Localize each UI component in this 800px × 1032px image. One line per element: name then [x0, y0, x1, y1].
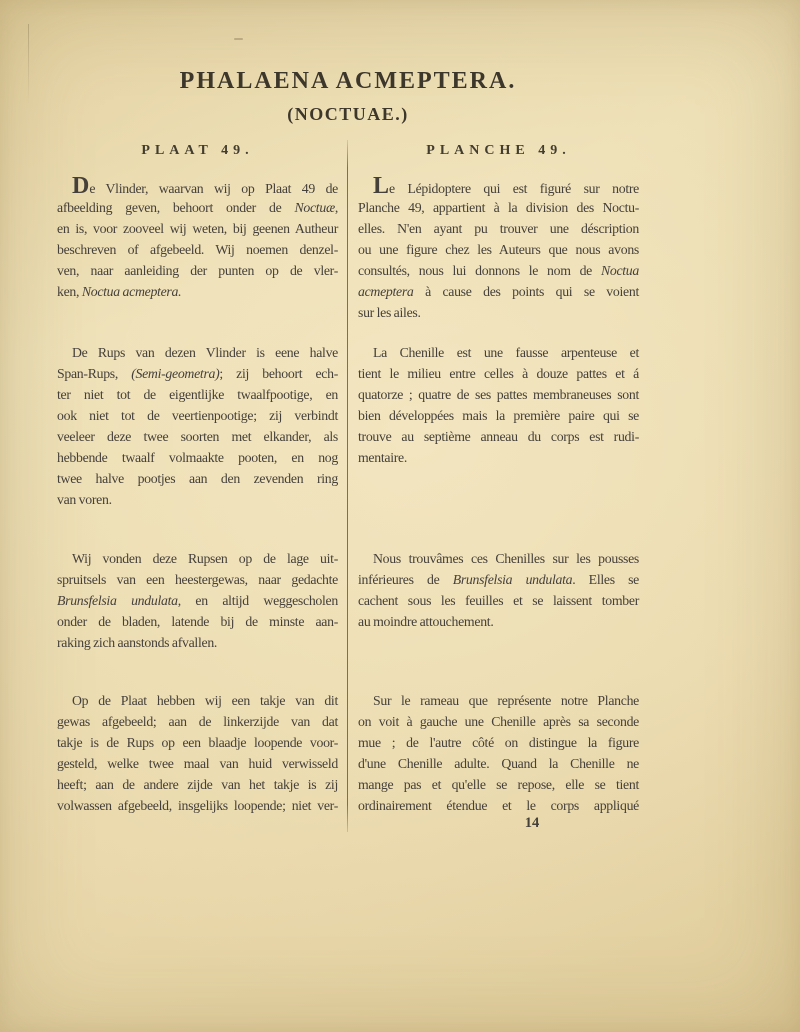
- italic-text: Noctuæ: [294, 200, 334, 215]
- paragraph: La Chenille est une fausse arpenteuse et…: [358, 342, 639, 468]
- text-segment: ordinairement étendue et le corps appliq…: [358, 798, 639, 813]
- text-segment: De Rups van dezen Vlinder is eene halve: [72, 345, 338, 360]
- text-segment: d'une Chenille adulte. Quand la Chenille…: [358, 756, 639, 771]
- text-segment: elles. N'en ayant pu trouver une déscrip…: [358, 221, 639, 236]
- text-segment: consultés, nous lui donnons le nom de: [358, 263, 601, 278]
- italic-text: Brunsfelsia undulata: [57, 593, 178, 608]
- column-divider-rule: [347, 140, 348, 832]
- initial-capital: L: [373, 173, 389, 199]
- text-line: on voit à gauche une Chenille après sa s…: [358, 711, 639, 732]
- paragraph: Wij vonden deze Rupsen op de lage uit-sp…: [57, 548, 338, 653]
- text-segment: au moindre attouchement.: [358, 614, 493, 629]
- page-title: PHALAENA ACMEPTERA.: [57, 68, 639, 95]
- text-line: veeleer deze twee soorten met elkander, …: [57, 426, 338, 447]
- text-segment: mue ; de l'autre côté on distingue la fi…: [358, 735, 639, 750]
- scan-artifact: [28, 24, 29, 104]
- text-segment: afbeelding geven, behoort onder de: [57, 200, 294, 215]
- text-segment: , en altijd weggescholen: [178, 593, 338, 608]
- text-segment: ven, naar aanleiding der punten op de vl…: [57, 263, 338, 278]
- text-line: takje is de Rups op een blaadje loopende…: [57, 732, 338, 753]
- text-line: onder de bladen, latende bij de minste a…: [57, 611, 338, 632]
- right-column-heading: PLANCHE 49.: [358, 143, 639, 159]
- text-segment: van voren.: [57, 492, 112, 507]
- text-segment: trouve au septième anneau du corps est r…: [358, 429, 639, 444]
- paragraph: De Vlinder, waarvan wij op Plaat 49 deaf…: [57, 176, 338, 302]
- text-segment: inférieures de: [358, 572, 453, 587]
- text-line: cachent sous les feuilles et se laissent…: [358, 590, 639, 611]
- text-line: van voren.: [57, 489, 338, 510]
- text-line: inférieures de Brunsfelsia undulata. Ell…: [358, 569, 639, 590]
- text-line: bien développées mais la première paire …: [358, 405, 639, 426]
- french-text-column: Le Lépidoptere qui est figuré sur notreP…: [358, 168, 639, 840]
- text-segment: Planche 49, appartient à la division des…: [358, 200, 639, 215]
- text-line: heeft; aan de andere zijde van het takje…: [57, 774, 338, 795]
- text-line: ven, naar aanleiding der punten op de vl…: [57, 260, 338, 281]
- text-segment: mentaire.: [358, 450, 407, 465]
- text-line: tient le milieu entre celles à douze pat…: [358, 363, 639, 384]
- text-segment: veeleer deze twee soorten met elkander, …: [57, 429, 338, 444]
- paragraph: Nous trouvâmes ces Chenilles sur les pou…: [358, 548, 639, 632]
- text-line: hebbende twaalf volmaakte pooten, en nog: [57, 447, 338, 468]
- text-segment: ook niet tot de veertienpootige; zij ver…: [57, 408, 338, 423]
- text-line: elles. N'en ayant pu trouver une déscrip…: [358, 218, 639, 239]
- text-line: Span-Rups, (Semi-geometra); zij behoort …: [57, 363, 338, 384]
- text-segment: ou une figure chez les Auteurs que nous …: [358, 242, 639, 257]
- text-segment: hebbende twaalf volmaakte pooten, en nog: [57, 450, 338, 465]
- text-segment: en is, voor zooveel wij weten, bij geene…: [57, 221, 338, 236]
- text-segment: ken,: [57, 284, 82, 299]
- text-line: Wij vonden deze Rupsen op de lage uit-: [57, 548, 338, 569]
- text-line: La Chenille est une fausse arpenteuse et: [358, 342, 639, 363]
- text-line: Le Lépidoptere qui est figuré sur notre: [358, 176, 639, 197]
- initial-capital: D: [72, 173, 89, 199]
- paragraph: Op de Plaat hebben wij een takje van dit…: [57, 690, 338, 816]
- text-line: ter niet tot de eigentlijke twaalfpootig…: [57, 384, 338, 405]
- text-line: twee halve pootjes aan den zevenden ring: [57, 468, 338, 489]
- text-segment: volwassen afgebeeld, insgelijks loopende…: [57, 798, 338, 813]
- text-line: ken, Noctua acmeptera.: [57, 281, 338, 302]
- text-segment: tient le milieu entre celles à douze pat…: [358, 366, 639, 381]
- text-segment: Nous trouvâmes ces Chenilles sur les pou…: [373, 551, 639, 566]
- text-segment: raking zich aanstonds afvallen.: [57, 635, 217, 650]
- text-segment: Op de Plaat hebben wij een takje van dit: [72, 693, 338, 708]
- italic-text: Brunsfelsia undulata: [453, 572, 573, 587]
- text-segment: onder de bladen, latende bij de minste a…: [57, 614, 338, 629]
- page-number: 14: [512, 815, 552, 832]
- text-line: d'une Chenille adulte. Quand la Chenille…: [358, 753, 639, 774]
- text-line: mange pas et qu'elle se repose, elle se …: [358, 774, 639, 795]
- paragraph: De Rups van dezen Vlinder is eene halveS…: [57, 342, 338, 510]
- text-line: mentaire.: [358, 447, 639, 468]
- text-line: Nous trouvâmes ces Chenilles sur les pou…: [358, 548, 639, 569]
- book-page: PHALAENA ACMEPTERA. (NOCTUAE.) PLAAT 49.…: [0, 0, 800, 1032]
- text-segment: Span-Rups,: [57, 366, 131, 381]
- text-segment: heeft; aan de andere zijde van het takje…: [57, 777, 338, 792]
- text-line: afbeelding geven, behoort onder de Noctu…: [57, 197, 338, 218]
- left-column-heading: PLAAT 49.: [57, 143, 338, 159]
- text-segment: e Vlinder, waarvan wij op Plaat 49 de: [89, 181, 338, 196]
- text-segment: à cause des points qui se voient: [414, 284, 639, 299]
- text-line: quatorze ; quatre de ses pattes membrane…: [358, 384, 639, 405]
- paragraph: Le Lépidoptere qui est figuré sur notreP…: [358, 176, 639, 323]
- text-line: trouve au septième anneau du corps est r…: [358, 426, 639, 447]
- text-line: en is, voor zooveel wij weten, bij geene…: [57, 218, 338, 239]
- text-line: Sur le rameau que représente notre Planc…: [358, 690, 639, 711]
- text-line: acmeptera à cause des points qui se voie…: [358, 281, 639, 302]
- text-line: gesteld, welke twee maal van huid verwis…: [57, 753, 338, 774]
- text-segment: gesteld, welke twee maal van huid verwis…: [57, 756, 338, 771]
- text-segment: takje is de Rups op een blaadje loopende…: [57, 735, 338, 750]
- text-line: Op de Plaat hebben wij een takje van dit: [57, 690, 338, 711]
- italic-text: Noctua acmeptera.: [82, 284, 181, 299]
- text-segment: e Lépidoptere qui est figuré sur notre: [389, 181, 639, 196]
- dutch-text-column: De Vlinder, waarvan wij op Plaat 49 deaf…: [57, 168, 338, 840]
- text-segment: Wij vonden deze Rupsen op de lage uit-: [72, 551, 338, 566]
- text-line: volwassen afgebeeld, insgelijks loopende…: [57, 795, 338, 816]
- text-line: mue ; de l'autre côté on distingue la fi…: [358, 732, 639, 753]
- text-segment: cachent sous les feuilles et se laissent…: [358, 593, 639, 608]
- italic-text: (Semi-geometra): [131, 366, 219, 381]
- text-segment: ,: [335, 200, 338, 215]
- text-line: De Vlinder, waarvan wij op Plaat 49 de: [57, 176, 338, 197]
- text-segment: beschreven of afgebeeld. Wij noemen denz…: [57, 242, 338, 257]
- text-line: ook niet tot de veertienpootige; zij ver…: [57, 405, 338, 426]
- scan-artifact: [234, 38, 243, 40]
- text-line: consultés, nous lui donnons le nom de No…: [358, 260, 639, 281]
- text-line: Planche 49, appartient à la division des…: [358, 197, 639, 218]
- text-segment: sur les ailes.: [358, 305, 421, 320]
- italic-text: Noctua: [601, 263, 639, 278]
- text-segment: . Elles se: [572, 572, 639, 587]
- text-line: ordinairement étendue et le corps appliq…: [358, 795, 639, 816]
- text-segment: bien développées mais la première paire …: [358, 408, 639, 423]
- text-line: sur les ailes.: [358, 302, 639, 323]
- text-segment: ; zij behoort ech-: [219, 366, 338, 381]
- text-line: ou une figure chez les Auteurs que nous …: [358, 239, 639, 260]
- text-segment: quatorze ; quatre de ses pattes membrane…: [358, 387, 639, 402]
- text-segment: mange pas et qu'elle se repose, elle se …: [358, 777, 639, 792]
- text-line: gewas afgebeeld; aan de linkerzijde van …: [57, 711, 338, 732]
- text-line: beschreven of afgebeeld. Wij noemen denz…: [57, 239, 338, 260]
- title-block: PHALAENA ACMEPTERA. (NOCTUAE.): [57, 68, 639, 125]
- text-line: spruitsels van een heestergewas, naar ge…: [57, 569, 338, 590]
- italic-text: acmeptera: [358, 284, 414, 299]
- text-segment: Sur le rameau que représente notre Planc…: [373, 693, 639, 708]
- text-line: raking zich aanstonds afvallen.: [57, 632, 338, 653]
- page-subtitle: (NOCTUAE.): [57, 104, 639, 125]
- text-segment: gewas afgebeeld; aan de linkerzijde van …: [57, 714, 338, 729]
- text-line: au moindre attouchement.: [358, 611, 639, 632]
- text-line: De Rups van dezen Vlinder is eene halve: [57, 342, 338, 363]
- text-line: Brunsfelsia undulata, en altijd weggesch…: [57, 590, 338, 611]
- text-segment: on voit à gauche une Chenille après sa s…: [358, 714, 639, 729]
- text-segment: ter niet tot de eigentlijke twaalfpootig…: [57, 387, 338, 402]
- text-segment: spruitsels van een heestergewas, naar ge…: [57, 572, 338, 587]
- text-segment: La Chenille est une fausse arpenteuse et: [373, 345, 639, 360]
- text-segment: twee halve pootjes aan den zevenden ring: [57, 471, 338, 486]
- paragraph: Sur le rameau que représente notre Planc…: [358, 690, 639, 816]
